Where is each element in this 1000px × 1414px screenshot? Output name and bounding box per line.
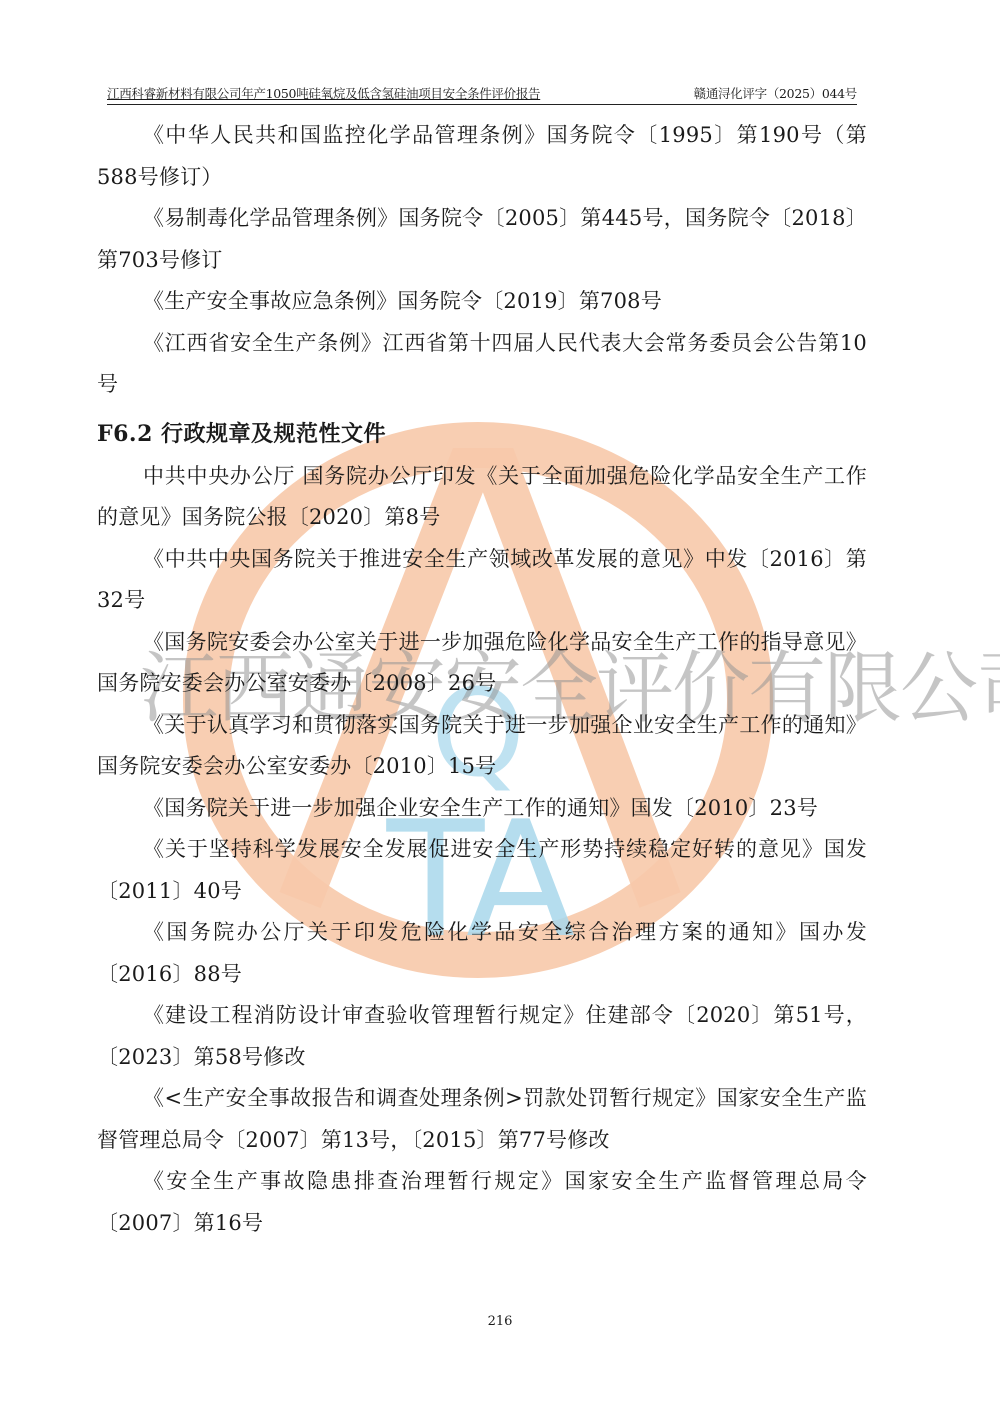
regulation-paragraph: 《江西省安全生产条例》江西省第十四届人民代表大会常务委员会公告第10号 bbox=[97, 323, 867, 406]
section-heading: F6.2 行政规章及规范性文件 bbox=[97, 412, 867, 456]
document-body: 《中华人民共和国监控化学品管理条例》国务院令〔1995〕第190号（第588号修… bbox=[97, 115, 867, 1244]
regulation-paragraph: 《国务院关于进一步加强企业安全生产工作的通知》国发〔2010〕23号 bbox=[97, 788, 867, 830]
regulation-paragraph: 《生产安全事故应急条例》国务院令〔2019〕第708号 bbox=[97, 281, 867, 323]
report-number: 赣通浔化评字（2025）044号 bbox=[694, 84, 857, 102]
regulation-paragraph: 《关于坚持科学发展安全发展促进安全生产形势持续稳定好转的意见》国发〔2011〕4… bbox=[97, 829, 867, 912]
running-header: 江西科睿新材料有限公司年产1050吨硅氧烷及低含氢硅油项目安全条件评价报告 赣通… bbox=[107, 84, 857, 105]
regulation-paragraph: 《中共中央国务院关于推进安全生产领域改革发展的意见》中发〔2016〕第32号 bbox=[97, 539, 867, 622]
regulation-paragraph: 中共中央办公厅 国务院办公厅印发《关于全面加强危险化学品安全生产工作的意见》国务… bbox=[97, 456, 867, 539]
document-page: Q TA 江西通安安全评价有限公司 江西科睿新材料有限公司年产1050吨硅氧烷及… bbox=[0, 0, 1000, 1414]
regulation-paragraph: 《建设工程消防设计审查验收管理暂行规定》住建部令〔2020〕第51号，〔2023… bbox=[97, 995, 867, 1078]
report-title: 江西科睿新材料有限公司年产1050吨硅氧烷及低含氢硅油项目安全条件评价报告 bbox=[107, 84, 540, 102]
regulation-paragraph: 《易制毒化学品管理条例》国务院令〔2005〕第445号，国务院令〔2018〕第7… bbox=[97, 198, 867, 281]
page-number: 216 bbox=[0, 1314, 1000, 1329]
regulation-paragraph: 《安全生产事故隐患排查治理暂行规定》国家安全生产监督管理总局令〔2007〕第16… bbox=[97, 1161, 867, 1244]
regulation-paragraph: 《中华人民共和国监控化学品管理条例》国务院令〔1995〕第190号（第588号修… bbox=[97, 115, 867, 198]
regulation-paragraph: 《<生产安全事故报告和调查处理条例>罚款处罚暂行规定》国家安全生产监督管理总局令… bbox=[97, 1078, 867, 1161]
regulation-paragraph: 《国务院办公厅关于印发危险化学品安全综合治理方案的通知》国办发〔2016〕88号 bbox=[97, 912, 867, 995]
regulation-paragraph: 《国务院安委会办公室关于进一步加强危险化学品安全生产工作的指导意见》国务院安委会… bbox=[97, 622, 867, 705]
regulation-paragraph: 《关于认真学习和贯彻落实国务院关于进一步加强企业安全生产工作的通知》国务院安委会… bbox=[97, 705, 867, 788]
